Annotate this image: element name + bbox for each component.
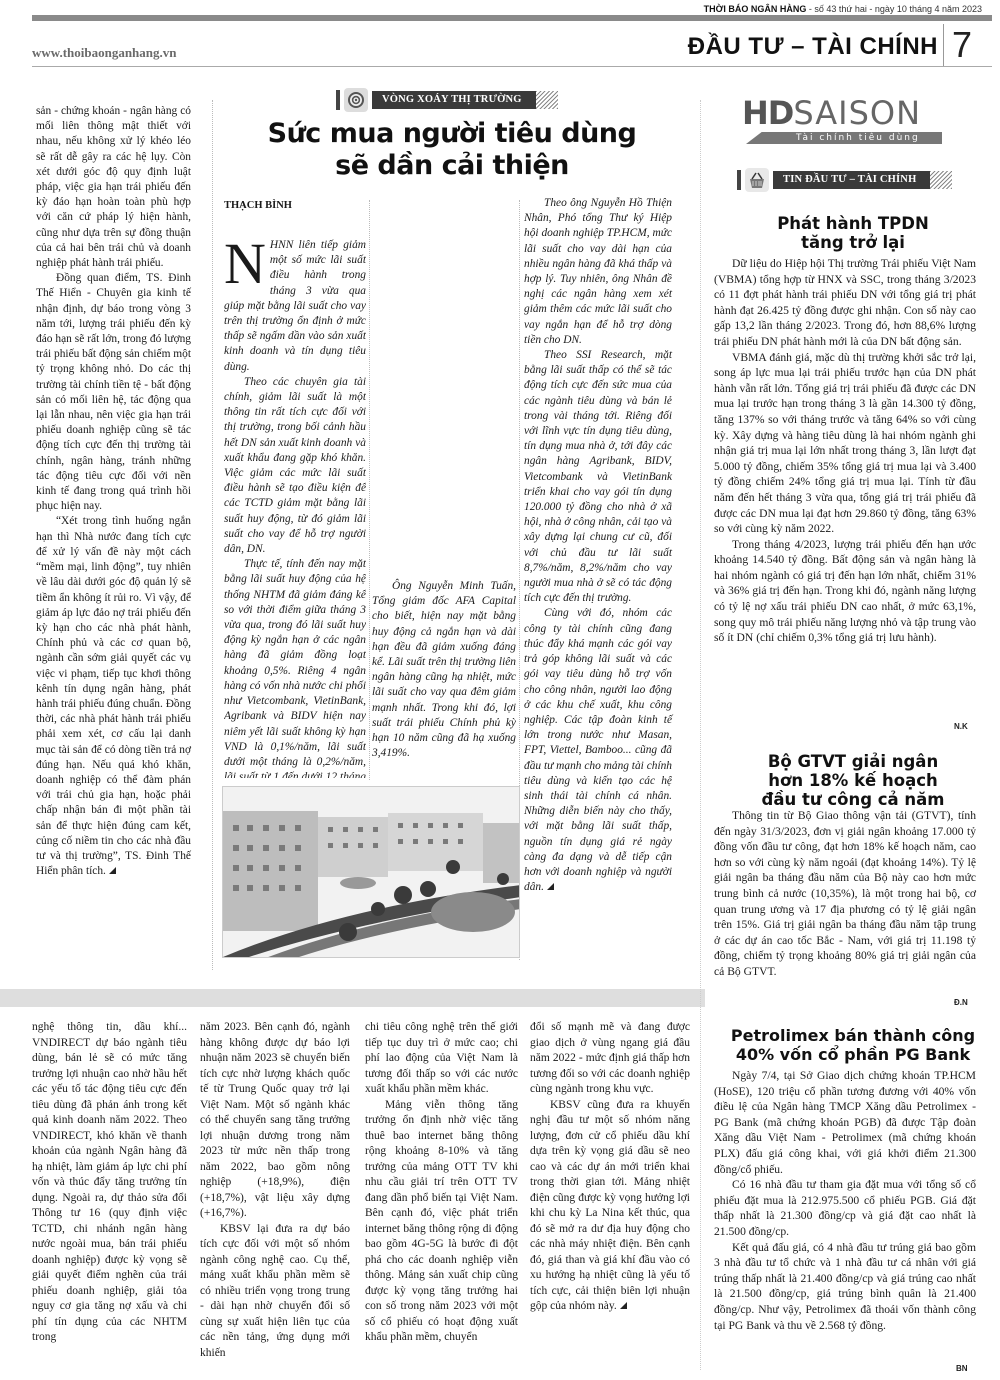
sidebar-headline-3: Petrolimex bán thành công 40% vốn cổ phầ… (708, 1026, 998, 1064)
issue-details: - số 43 thứ hai - ngày 10 tháng 4 năm 20… (806, 4, 982, 14)
page-number-divider (943, 24, 944, 66)
paragraph: Đồng quan điểm, TS. Đinh Thế Hiển - Chuy… (36, 271, 191, 514)
sidebar-headline-1: Phát hành TPDN tăng trở lại (708, 214, 998, 252)
end-of-article-icon (547, 883, 554, 890)
lead-paragraph: NHNN liên tiếp giảm một số mức lãi suất … (224, 238, 366, 375)
issue-info: THỜI BÁO NGÂN HÀNG - số 43 thứ hai - ngà… (704, 4, 982, 14)
bottom-col-4: đổi số mạnh mẽ và đang được giao dịch ở … (530, 1020, 690, 1315)
ad-tagline: Tài chính tiêu dùng (746, 132, 942, 144)
paragraph: “Xét trong tình huống ngắn hạn thì Nhà n… (36, 514, 191, 879)
sidebar-headline-2: Bộ GTVT giải ngân hơn 18% kế hoạch đầu t… (708, 752, 998, 809)
hd-saison-logo: HDSAISON (742, 96, 942, 130)
author-signature: N.K (954, 722, 968, 731)
author-signature: BN (956, 1364, 968, 1373)
publication-name: THỜI BÁO NGÂN HÀNG (704, 4, 807, 14)
left-column-text: sản - chứng khoán - ngân hàng có mối liê… (36, 104, 191, 879)
paragraph: Theo SSI Research, mặt bằng lãi suất thấ… (524, 348, 672, 606)
column-divider (369, 200, 370, 780)
end-of-article-icon (109, 867, 116, 874)
sidebar-divider (700, 100, 701, 1370)
paragraph: Thực tế, tính đến nay mặt bằng lãi suất … (224, 557, 366, 778)
kicker-label: TIN ĐẦU TƯ – TÀI CHÍNH (773, 171, 930, 189)
hd-saison-ad[interactable]: HDSAISON Tài chính tiêu dùng (742, 96, 942, 144)
main-headline: Sức mua người tiêu dùng sẽ dần cải thiện (222, 118, 682, 182)
bottom-col-1: nghệ thông tin, dầu khí... VNDIRECT dự b… (32, 1020, 187, 1346)
main-article-kicker: VÒNG XOÁY THỊ TRƯỜNG (336, 88, 558, 112)
main-article-col-3: Theo ông Nguyễn Hồ Thiện Nhân, Phó tổng … (524, 196, 672, 895)
main-article-col-2: Thực tế, tính đến nay mặt bằng lãi suất … (372, 200, 516, 766)
bottom-col-3: chi tiêu công nghệ trên thế giới tiếp tụ… (365, 1020, 518, 1346)
paragraph: Ông Nguyễn Minh Tuấn, Tổng giám đốc AFA … (372, 579, 516, 761)
sidebar-article-3-body: Ngày 7/4, tại Sở Giao dịch chứng khoán T… (714, 1068, 976, 1333)
section-separator-band (0, 989, 705, 1007)
paragraph: Theo các chuyên gia tài chính, giảm lãi … (224, 375, 366, 557)
spiral-icon (344, 88, 368, 112)
paragraph: Cùng với đó, nhóm các công ty tài chính … (524, 606, 672, 895)
kicker-label: VÒNG XOÁY THỊ TRƯỜNG (372, 91, 536, 109)
author-signature: Đ.N (954, 998, 968, 1007)
byline: THẠCH BÌNH (224, 200, 292, 211)
shopping-basket-icon (745, 168, 769, 192)
column-divider (212, 100, 213, 970)
top-rule (32, 15, 992, 21)
paragraph: Theo ông Nguyễn Hồ Thiện Nhân, Phó tổng … (524, 196, 672, 348)
drop-cap: N (224, 241, 266, 287)
article-photo (222, 786, 520, 958)
sidebar-article-1-body: Dữ liệu do Hiệp hội Thị trường Trái phiế… (714, 256, 976, 646)
site-url[interactable]: www.thoibaonganhang.vn (32, 45, 177, 61)
section-title: ĐẦU TƯ – TÀI CHÍNH (688, 33, 938, 61)
end-of-article-icon (620, 1302, 627, 1309)
header-rule (32, 66, 992, 67)
bottom-col-2: năm 2023. Bên cạnh đó, ngành hàng không … (200, 1020, 350, 1361)
sidebar-article-2-body: Thông tin từ Bộ Giao thông vận tải (GTVT… (714, 808, 976, 980)
page-number: 7 (952, 24, 972, 66)
main-article-col-1: NHNN liên tiếp giảm một số mức lãi suất … (224, 238, 366, 778)
sidebar-kicker: TIN ĐẦU TƯ – TÀI CHÍNH (737, 168, 952, 192)
paragraph: sản - chứng khoán - ngân hàng có mối liê… (36, 104, 191, 271)
